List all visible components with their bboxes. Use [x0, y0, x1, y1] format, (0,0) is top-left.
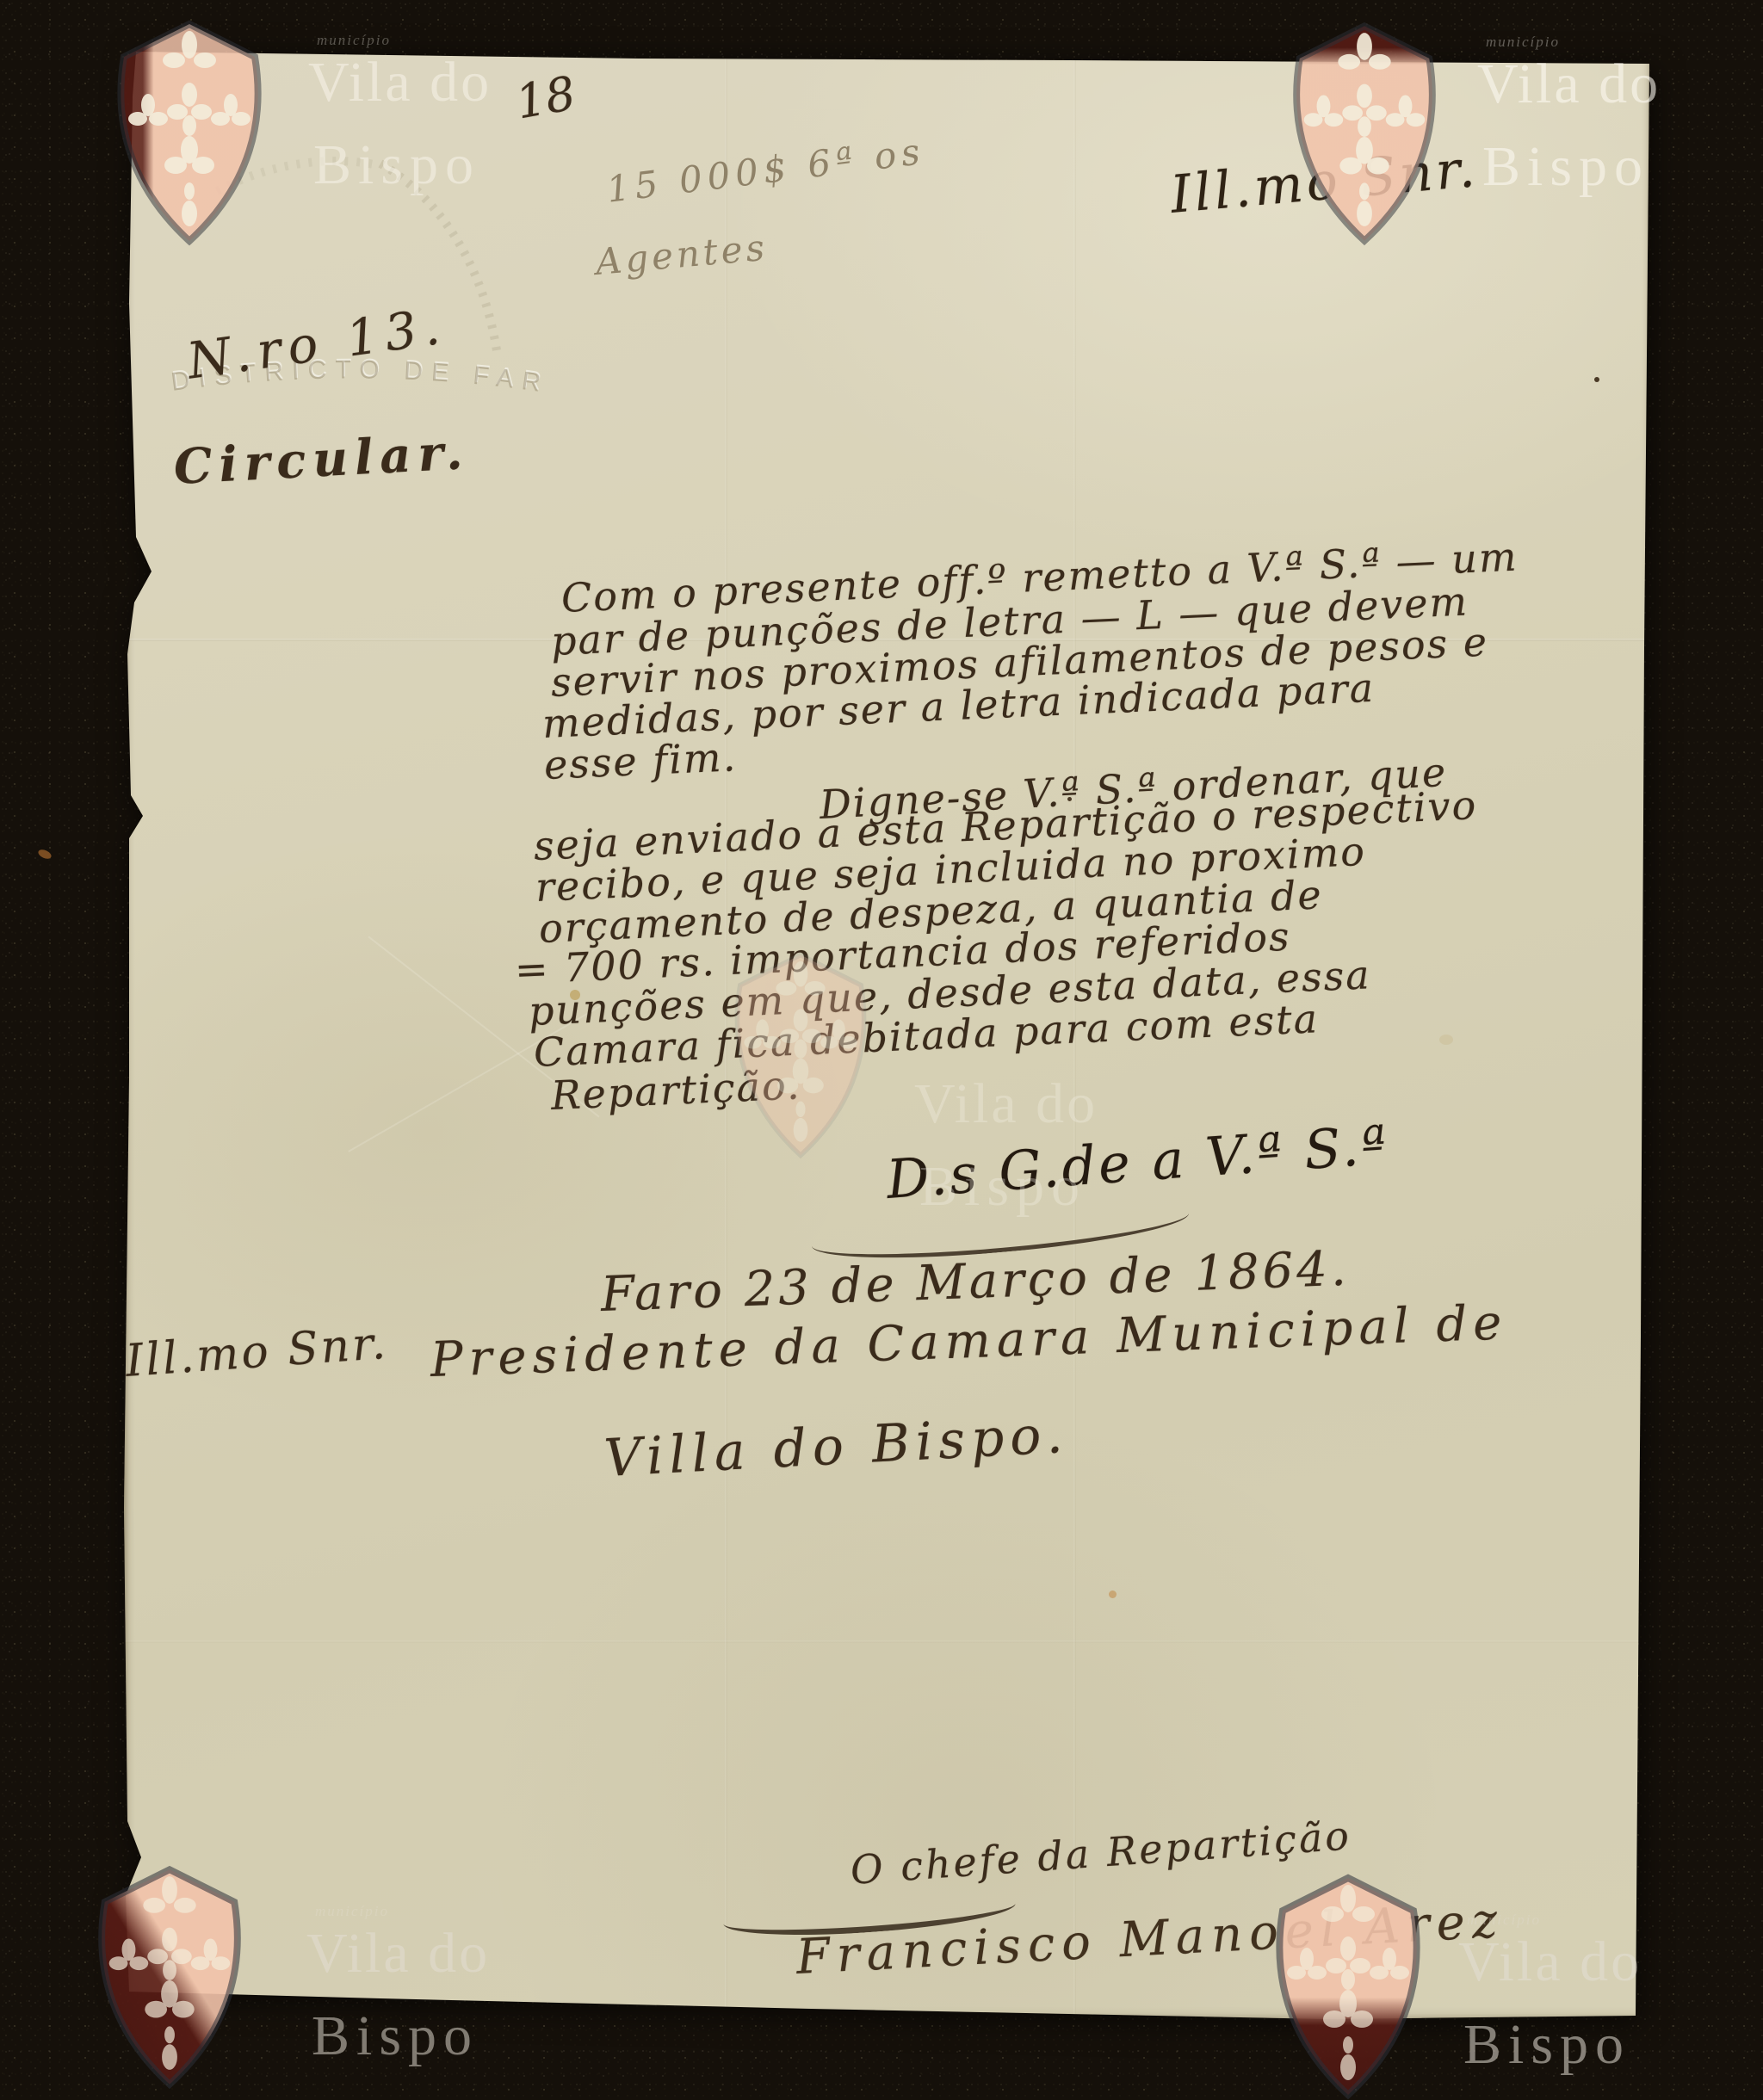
watermark-text-line2: Bispo [919, 1158, 1098, 1215]
pencil-note-amount: 15 000$ 6ª os [604, 130, 927, 211]
watermark-small-text: município [315, 1904, 490, 1918]
pencil-note-agentes: Agentes [594, 226, 770, 283]
coat-of-arms-shield-icon [1262, 1873, 1434, 2078]
coat-of-arms-shield-icon [711, 950, 890, 1160]
watermark-text-line2: Bispo [313, 137, 492, 194]
handwritten-line: esse fim. [543, 733, 738, 788]
horizontal-fold-crease [122, 1640, 1653, 1643]
coat-of-arms-shield-icon [84, 1861, 255, 2078]
ink-speck [1594, 377, 1599, 382]
watermark-text-line1: Vila do [914, 1076, 1098, 1133]
watermark-text-line1: Vila do [308, 54, 492, 111]
watermark-small-text: município [1467, 1912, 1642, 1927]
watermark-text-line2: Bispo [1482, 139, 1661, 195]
watermark-text-line1: Vila do [1458, 1934, 1642, 1991]
address-salutation: Ill.mo Snr. [124, 1318, 390, 1387]
folio-number: 18 [512, 66, 580, 130]
watermark-text-line1: Vila do [306, 1925, 490, 1982]
coat-of-arms-shield-icon [103, 15, 275, 250]
watermark-small-text: município [1486, 34, 1661, 49]
address-line: Villa do Bispo. [603, 1405, 1070, 1489]
watermark-text-line2: Bispo [1463, 2017, 1642, 2073]
scanned-document-view: DISTRICTO DE FARO DISTRICTO DE FARO 18 I… [0, 0, 1763, 2078]
watermark-text-line1: Vila do [1477, 56, 1661, 113]
coat-of-arms-shield-icon [1279, 17, 1450, 250]
watermark-small-text: município [317, 33, 492, 47]
paper-stain [1109, 1590, 1117, 1598]
paper-stain [1439, 1035, 1453, 1045]
watermark-text-line2: Bispo [312, 2008, 490, 2065]
document-type-label: Circular. [172, 423, 471, 496]
